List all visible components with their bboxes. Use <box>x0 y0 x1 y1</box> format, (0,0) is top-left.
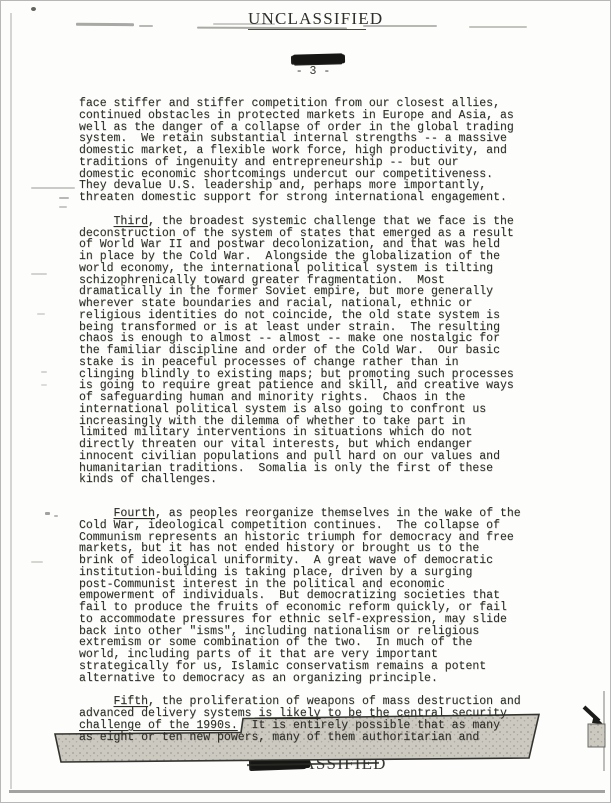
scan-artifact <box>76 23 134 26</box>
margin-mark <box>59 197 69 199</box>
scan-artifact <box>31 7 36 11</box>
paragraph: face stiffer and stiffer competition fro… <box>79 98 539 204</box>
scan-artifact <box>469 26 527 28</box>
scan-edge-right <box>603 691 605 771</box>
text-segment: threaten domestic support for strong int… <box>79 191 507 204</box>
margin-mark <box>41 384 47 386</box>
margin-mark <box>31 187 75 189</box>
text-segment: alternative to democracy as an organizin… <box>79 672 438 685</box>
paragraph: Fourth, as peoples reorganize themselves… <box>79 508 539 684</box>
text-line: alternative to democracy as an organizin… <box>79 673 539 685</box>
text-line: kinds of challenges. <box>79 474 539 486</box>
document-body: face stiffer and stiffer competition fro… <box>79 98 539 755</box>
margin-mark <box>54 515 58 517</box>
redaction-scribble-top <box>293 53 343 63</box>
margin-mark <box>37 313 45 315</box>
scan-artifact <box>139 25 153 27</box>
scan-edge-bottom <box>9 790 605 793</box>
margin-mark <box>31 273 47 275</box>
margin-mark <box>41 371 47 373</box>
scan-edge-left <box>10 13 12 789</box>
paragraph: Fifth, the proliferation of weapons of m… <box>79 696 539 743</box>
page-number: - 3 - <box>283 65 343 78</box>
margin-mark <box>45 512 50 515</box>
text-line: as eight or ten new powers, many of them… <box>79 732 539 744</box>
margin-mark <box>31 561 43 563</box>
margin-pen-mark <box>584 707 605 747</box>
text-line: threaten domestic support for strong int… <box>79 192 539 204</box>
paragraph: Third, the broadest systemic challenge t… <box>79 216 539 486</box>
redaction-scribble-bottom <box>251 755 307 769</box>
margin-mark <box>41 548 51 550</box>
scanned-document-page: UNCLASSIFIED - 3 - face stiffer and stif… <box>0 0 611 803</box>
margin-mark <box>59 206 67 208</box>
text-segment: kinds of challenges. <box>79 473 217 486</box>
header-classification-stamp: UNCLASSIFIED <box>248 9 366 30</box>
highlighted-text: as eight or ten new powers, many of them… <box>79 731 479 744</box>
